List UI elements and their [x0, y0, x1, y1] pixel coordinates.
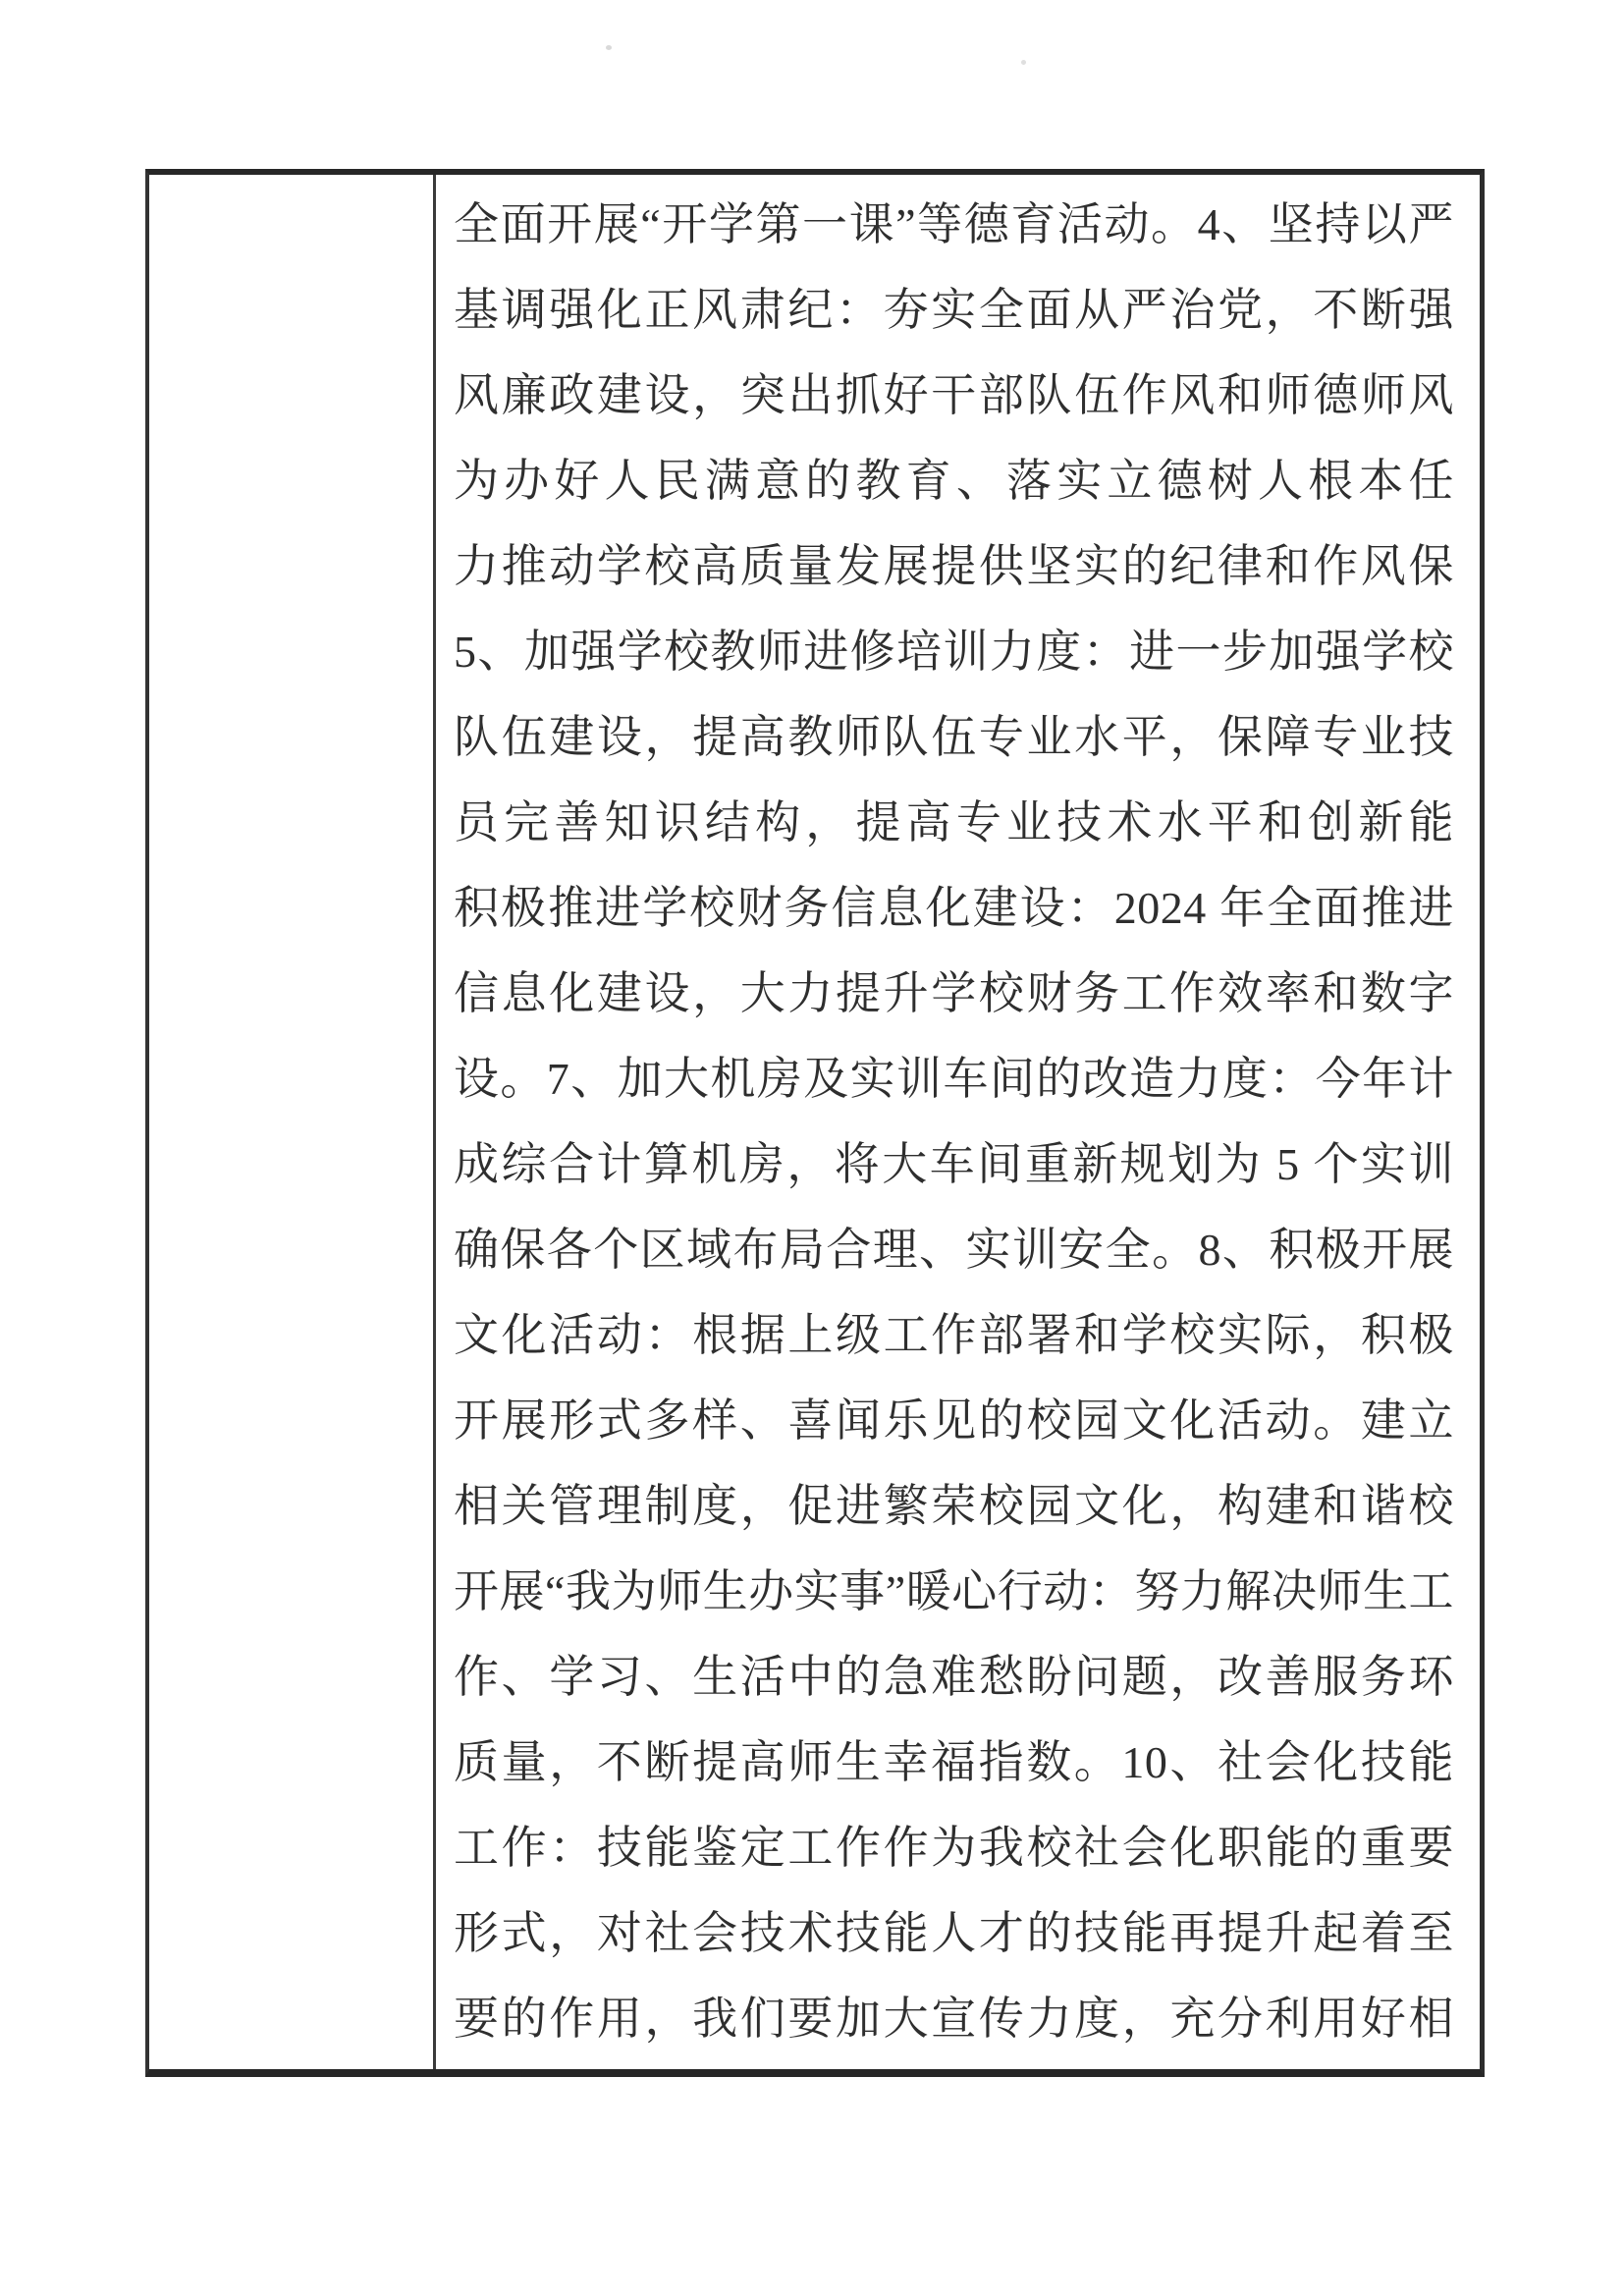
- text-line: 5、加强学校教师进修培训力度：进一步加强学校师资: [454, 609, 1454, 694]
- text-line: 全面开展“开学第一课”等德育活动。4、坚持以严的: [454, 182, 1454, 267]
- text-line: 工作：技能鉴定工作作为我校社会化职能的重要体现: [454, 1805, 1454, 1890]
- table-cell-content-column: 全面开展“开学第一课”等德育活动。4、坚持以严的 基调强化正风肃纪：夯实全面从严…: [436, 175, 1480, 2069]
- text-line: 为办好人民满意的教育、落实立德树人根本任务、着: [454, 438, 1454, 523]
- scanned-document-page: 全面开展“开学第一课”等德育活动。4、坚持以严的 基调强化正风肃纪：夯实全面从严…: [0, 0, 1624, 2296]
- text-line: 文化活动：根据上级工作部署和学校实际，积极谋划，: [454, 1292, 1454, 1378]
- scan-speck: [1021, 60, 1026, 65]
- document-table: 全面开展“开学第一课”等德育活动。4、坚持以严的 基调强化正风肃纪：夯实全面从严…: [145, 169, 1485, 2077]
- table-cell-label-column: [149, 175, 436, 2069]
- text-line: 设。7、加大机房及实训车间的改造力度：今年计划建: [454, 1036, 1454, 1121]
- text-line: 队伍建设，提高教师队伍专业水平，保障专业技术人: [454, 694, 1454, 780]
- text-line: 确保各个区域布局合理、实训安全。8、积极开展校园: [454, 1207, 1454, 1292]
- text-line: 质量，不断提高师生幸福指数。10、社会化技能鉴定: [454, 1720, 1454, 1805]
- text-line: 成综合计算机房，将大车间重新规划为 5 个实训区域，: [454, 1121, 1454, 1207]
- text-line: 基调强化正风肃纪：夯实全面从严治党，不断强化党: [454, 267, 1454, 353]
- text-line: 信息化建设，大力提升学校财务工作效率和数字化建: [454, 951, 1454, 1036]
- text-line: 开展形式多样、喜闻乐见的校园文化活动。建立健全: [454, 1378, 1454, 1463]
- text-line: 风廉政建设，突出抓好干部队伍作风和师德师风建设，: [454, 353, 1454, 438]
- text-line: 开展“我为师生办实事”暖心行动：努力解决师生工: [454, 1549, 1454, 1634]
- text-line: 相关管理制度，促进繁荣校园文化，构建和谐校园。9、: [454, 1463, 1454, 1549]
- text-line: 形式，对社会技术技能人才的技能再提升起着至关重: [454, 1890, 1454, 1976]
- text-line: 要的作用，我们要加大宣传力度，充分利用好相关资: [454, 1976, 1454, 2061]
- text-line: 积极推进学校财务信息化建设：2024 年全面推进财务: [454, 865, 1454, 951]
- text-line: 作、学习、生活中的急难愁盼问题，改善服务环境和: [454, 1634, 1454, 1720]
- text-line: 员完善知识结构，提高专业技术水平和创新能力。6、: [454, 780, 1454, 865]
- scan-speck: [606, 45, 612, 50]
- text-line: 力推动学校高质量发展提供坚实的纪律和作风保障。: [454, 523, 1454, 609]
